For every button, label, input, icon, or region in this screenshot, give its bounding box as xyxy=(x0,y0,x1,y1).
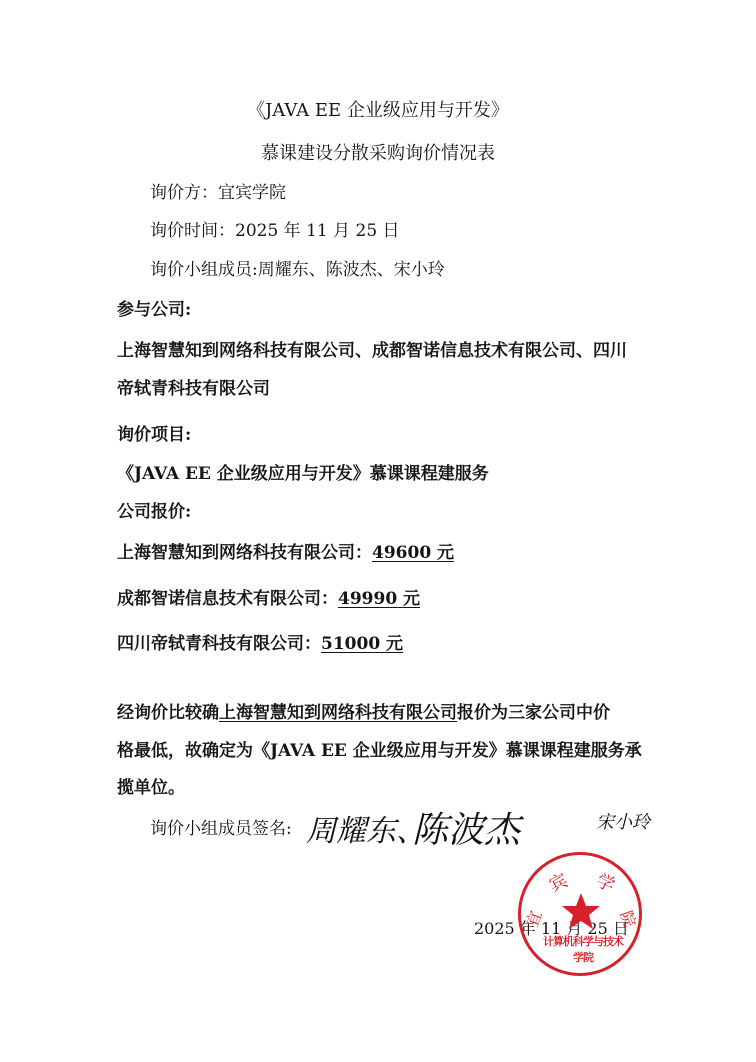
seal-char: 院 xyxy=(615,907,642,930)
quote-company: 四川帝轼青科技有限公司： xyxy=(117,634,321,654)
quotes-label: 公司报价: xyxy=(117,501,191,523)
conclusion-line-3: 揽单位。 xyxy=(117,777,185,799)
quote-price: 51000 元 xyxy=(321,634,403,654)
signature-chen: 陈波杰 xyxy=(412,802,520,853)
participants-line-2: 帝轼青科技有限公司 xyxy=(117,378,270,400)
inquiry-time-line: 询价时间：2025 年 11 月 25 日 xyxy=(150,220,400,242)
quote-row: 上海智慧知到网络科技有限公司：49600 元 xyxy=(117,542,454,564)
conclusion-line-2: 格最低，故确定为《JAVA EE 企业级应用与开发》慕课课程建服务承 xyxy=(117,740,642,762)
winning-company: 上海智慧知到网络科技有限公司 xyxy=(219,703,457,723)
seal-department: 计算机科学与技术学院 xyxy=(543,933,623,965)
quote-company: 上海智慧知到网络科技有限公司： xyxy=(117,543,372,563)
signature-zhou: 周耀东、 xyxy=(306,806,426,850)
participants-label: 参与公司: xyxy=(117,299,191,321)
conclusion-suffix: 报价为三家公司中价 xyxy=(457,703,610,723)
conclusion-prefix: 经询价比较确 xyxy=(117,703,219,723)
project-value: 《JAVA EE 企业级应用与开发》慕课课程建服务 xyxy=(117,463,489,485)
star-icon xyxy=(561,891,601,931)
document-subtitle: 慕课建设分散采购询价情况表 xyxy=(0,143,756,165)
signature-song: 宋小玲 xyxy=(596,808,650,834)
group-members-line: 询价小组成员:周耀东、陈波杰、宋小玲 xyxy=(150,259,445,281)
quote-row: 成都智诺信息技术有限公司：49990 元 xyxy=(117,588,420,610)
conclusion-line-1: 经询价比较确上海智慧知到网络科技有限公司报价为三家公司中价 xyxy=(117,702,610,724)
seal-char: 宜 xyxy=(519,907,546,930)
signature-label: 询价小组成员签名: xyxy=(150,818,292,840)
participants-line-1: 上海智慧知到网络科技有限公司、成都智诺信息技术有限公司、四川 xyxy=(117,340,627,362)
quote-row: 四川帝轼青科技有限公司：51000 元 xyxy=(117,633,403,655)
quote-price: 49600 元 xyxy=(372,543,454,563)
quote-price: 49990 元 xyxy=(338,589,420,609)
quote-company: 成都智诺信息技术有限公司： xyxy=(117,589,338,609)
inquirer-line: 询价方：宜宾学院 xyxy=(150,182,286,204)
official-seal: 宾 学 宜 院 计算机科学与技术学院 xyxy=(518,852,642,976)
document-title: 《JAVA EE 企业级应用与开发》 xyxy=(0,100,756,122)
project-label: 询价项目: xyxy=(117,424,191,446)
